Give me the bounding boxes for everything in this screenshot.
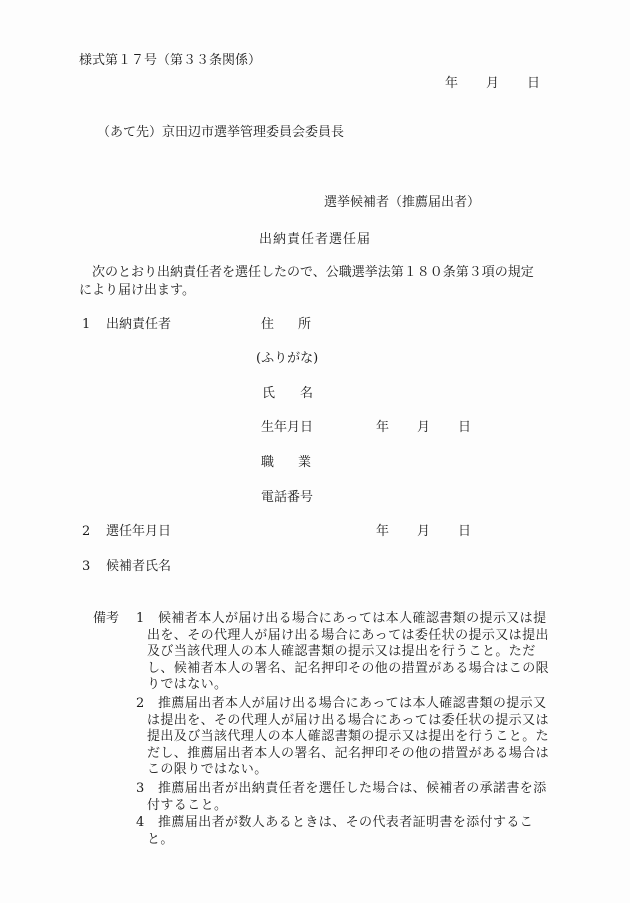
- field-occupation-label-a: 職: [261, 455, 274, 471]
- date-month-label: 月: [486, 76, 499, 92]
- remarks-note-2: 2 推薦届出者本人が届け出る場合にあっては本人確認書類の提示又は提出を、その代理…: [147, 696, 553, 779]
- remarks-note-2-number: 2: [136, 696, 145, 713]
- item-1-label: 出納責任者: [106, 317, 171, 333]
- remarks-heading: 備考: [93, 611, 119, 627]
- appointment-day-label: 日: [458, 524, 471, 540]
- birthdate-year-label: 年: [376, 420, 389, 436]
- addressee: （あて先）京田辺市選挙管理委員会委員長: [97, 125, 344, 141]
- field-phone-label: 電話番号: [261, 490, 313, 506]
- date-day-label: 日: [527, 76, 540, 92]
- remarks-note-3-number: 3: [136, 781, 145, 798]
- remarks-note-4: 4 推薦届出者が数人あるときは、その代表者証明書を添付すること。: [147, 815, 553, 848]
- remarks-note-3: 3 推薦届出者が出納責任者を選任した場合は、候補者の承諾書を添付すること。: [147, 781, 553, 814]
- remarks-note-4-number: 4: [136, 815, 145, 832]
- field-occupation-label-b: 業: [298, 455, 311, 471]
- remarks-note-3-text: 推薦届出者が出納責任者を選任した場合は、候補者の承諾書を添付すること。: [147, 781, 553, 814]
- remarks-note-4-text: 推薦届出者が数人あるときは、その代表者証明書を添付すること。: [147, 815, 553, 848]
- item-3-label: 候補者氏名: [106, 559, 171, 575]
- date-header: 年 月 日: [0, 76, 630, 92]
- appointment-month-label: 月: [417, 524, 430, 540]
- item-1-number: 1: [82, 317, 90, 333]
- document-title: 出納責任者選任届: [259, 232, 371, 248]
- field-name-label-a: 氏: [262, 386, 275, 402]
- remarks-note-1-number: 1: [136, 611, 145, 628]
- birthdate-day-label: 日: [458, 420, 471, 436]
- field-birthdate-label: 生年月日: [261, 420, 313, 436]
- item-3-number: 3: [82, 559, 90, 575]
- document-page: 様式第１７号（第３３条関係） 年 月 日 （あて先）京田辺市選挙管理委員会委員長…: [0, 0, 630, 903]
- form-number: 様式第１７号（第３３条関係）: [79, 53, 261, 69]
- field-address-label-a: 住: [261, 317, 274, 333]
- remarks-note-2-text: 推薦届出者本人が届け出る場合にあっては本人確認書類の提示又は提出を、その代理人が…: [147, 696, 553, 779]
- item-2-number: 2: [82, 524, 90, 540]
- appointment-year-label: 年: [376, 524, 389, 540]
- intro-line-1: 次のとおり出納責任者を選任したので、公職選挙法第１８０条第３項の規定: [79, 265, 534, 281]
- remarks-note-1-text: 候補者本人が届け出る場合にあっては本人確認書類の提示又は提出を、その代理人が届け…: [147, 611, 553, 694]
- submitter-label: 選挙候補者（推薦届出者）: [324, 195, 480, 211]
- item-2-label: 選任年月日: [106, 524, 171, 540]
- field-address-label-b: 所: [298, 317, 311, 333]
- intro-line-2: により届け出ます。: [79, 283, 195, 299]
- field-furigana-label: (ふりがな): [256, 351, 318, 367]
- field-name-label-b: 名: [300, 386, 313, 402]
- remarks-note-1: 1 候補者本人が届け出る場合にあっては本人確認書類の提示又は提出を、その代理人が…: [147, 611, 553, 694]
- birthdate-month-label: 月: [417, 420, 430, 436]
- date-year-label: 年: [445, 76, 458, 92]
